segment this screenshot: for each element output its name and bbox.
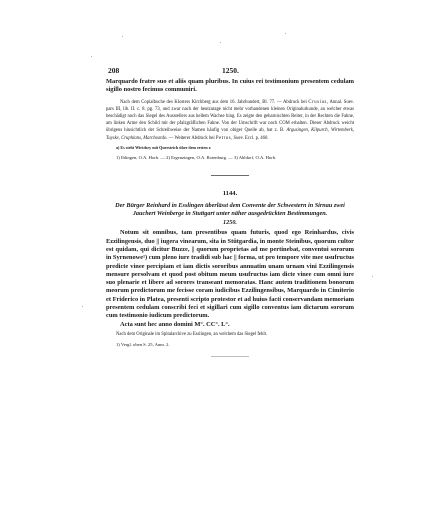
scan-speck: [91, 56, 92, 57]
charter-text: Notum sit omnibus, tam presentibus quam …: [106, 229, 354, 320]
source-note-2: Nach dem Originale im Spitalarchive zu E…: [106, 331, 354, 338]
document-date: 1250.: [106, 219, 354, 226]
end-divider: [211, 356, 249, 357]
page-header: 208 1250.: [106, 66, 354, 78]
charter-closing: Acta sunt hec anno domini M°. CC°. L°.: [106, 321, 354, 329]
continuation-text: Marquardo fratre suo et aliis quam pluri…: [106, 78, 354, 95]
document-summary: Der Bürger Reinhard in Esslingen überläs…: [106, 202, 354, 218]
document-body: Notum sit omnibus, tam presentibus quam …: [106, 229, 354, 329]
author-crusius: Crusius: [308, 100, 327, 105]
section-divider: [211, 175, 249, 176]
footnote-a: a) Es steht Wirtdsry mit Querstrich über…: [106, 144, 354, 151]
running-year: 1250.: [222, 66, 239, 75]
footnotes-numbered-1: 1) Ihlingen, O.A. Horb. — 2) Ergenzingen…: [106, 154, 354, 161]
continuation-paragraph: Marquardo fratre suo et aliis quam pluri…: [106, 78, 354, 95]
scan-speck: [220, 42, 221, 43]
page-number: 208: [108, 66, 119, 75]
scan-speck: [122, 36, 123, 37]
document-page: 208 1250. Marquardo fratre suo et aliis …: [106, 66, 354, 357]
scan-speck: [372, 276, 373, 277]
footnotes-numbered-2: 1) Vergl. oben S. 25, Anm. 2.: [106, 341, 354, 348]
scan-speck: [285, 33, 286, 34]
scan-speck: [82, 306, 83, 307]
author-petrus: Petrus: [216, 136, 231, 141]
document-number: 1144.: [106, 190, 354, 197]
source-note-1: Nach dem Copialbuche des Klosters Kirchb…: [106, 99, 354, 142]
